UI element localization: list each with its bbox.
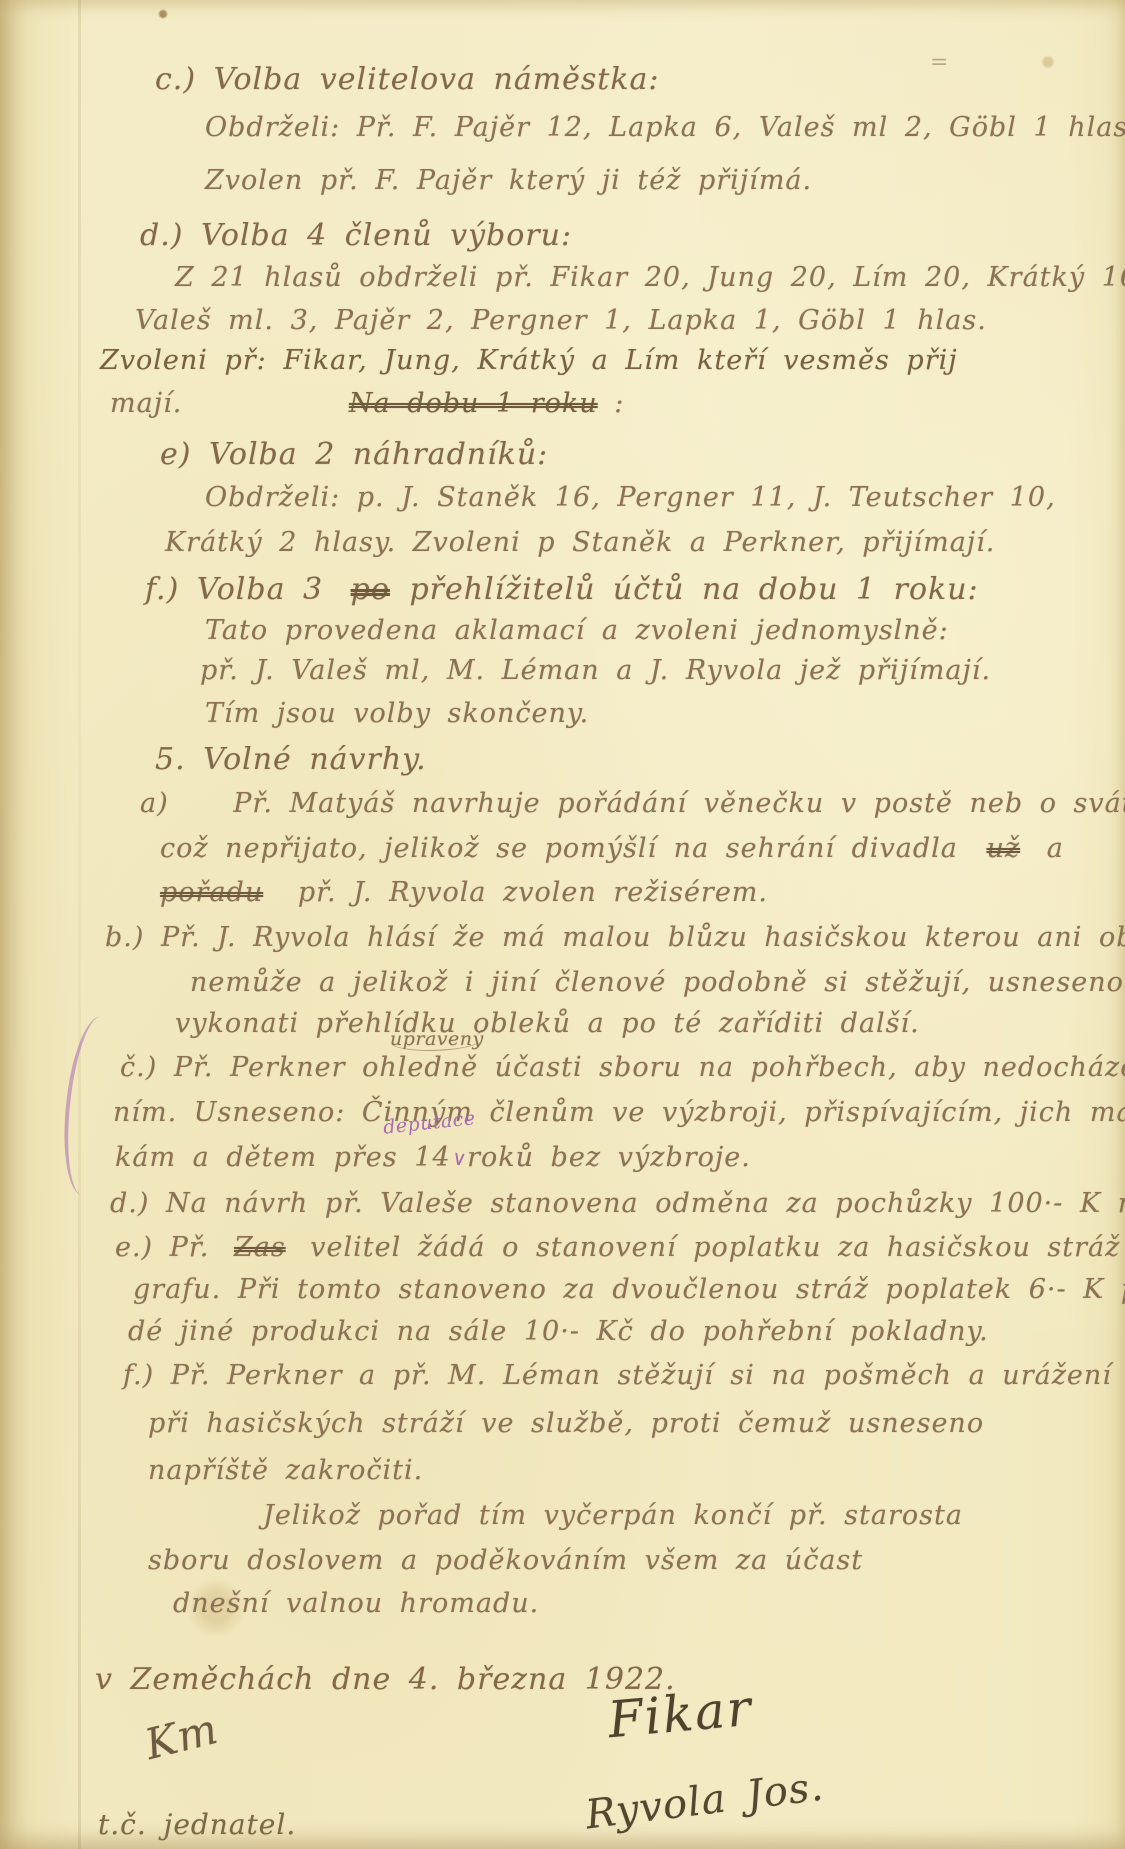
line-pri-hasicskych-strazi: při hasičských stráží ve službě, proti č…	[148, 1408, 984, 1439]
item-marker-a: a)	[140, 788, 169, 819]
line-volba-velitelova-namestka: c.) Volba velitelova náměstka:	[155, 62, 660, 97]
struck-po: po	[351, 572, 390, 607]
line-fragment: př. J. Ryvola zvolen režisérem.	[298, 877, 768, 908]
struck-word: už	[986, 833, 1020, 864]
insertion-upraveny: upravený	[390, 1028, 484, 1051]
line-kam-a-detem: kám a dětem přes 14 roků bez výzbroje.	[115, 1142, 751, 1173]
line-fragment: f.) Volba 3	[145, 572, 323, 607]
line-fragment: e.) Př.	[115, 1232, 209, 1263]
line-vykonati-prehlidku: vykonati přehlídku obleků a po té zařídi…	[175, 1008, 920, 1039]
line-nemuze-jelikoz: nemůže a jelikož i jiní členové podobně …	[190, 967, 1124, 998]
line-fragment: :	[614, 388, 624, 419]
line-fragment: mají.	[110, 388, 182, 419]
line-f-perkner-leman: f.) Př. Perkner a př. M. Léman stěžují s…	[123, 1360, 1112, 1391]
line-obdrzeli-pajer: Obdrželi: Př. F. Pajěr 12, Lapka 6, Vale…	[205, 112, 1125, 143]
line-z-21-hlasu: Z 21 hlasů obdrželi př. Fikar 20, Jung 2…	[175, 262, 1125, 293]
signature-left-role: t.č. jednatel.	[98, 1808, 296, 1841]
line-fragment: velitel žádá o stanovení poplatku za has…	[310, 1232, 1125, 1263]
dateline: v Zeměchách dne 4. března 1922.	[95, 1662, 676, 1697]
line-zvoleni-fikar-jung: Zvoleni př: Fikar, Jung, Krátký a Lím kt…	[100, 345, 958, 376]
struck-na-dobu-1-roku: Na dobu 1 roku	[349, 388, 598, 419]
line-vales-ml-3: Valeš ml. 3, Pajěr 2, Pergner 1, Lapka 1…	[135, 305, 987, 336]
signature-fikar: Fikar	[606, 1679, 755, 1749]
line-grafu-dvouclenou: grafu. Při tomto stanoveno za dvoučlenou…	[133, 1274, 1125, 1305]
line-fragment: Př. Matyáš navrhuje pořádání věnečku v p…	[233, 788, 1125, 819]
struck-poradu: pořadu	[160, 877, 263, 908]
line-usneseno-cinnym: ním. Usneseno: Činným členům ve výzbroji…	[113, 1097, 1125, 1128]
line-napriste-zakrociti: napříště zakročiti.	[148, 1455, 423, 1486]
line-dnesni-valnou-hromadu: dnešní valnou hromadu.	[173, 1588, 539, 1619]
line-c-perkner-pohrby: č.) Př. Perkner ohledně účasti sboru na …	[120, 1052, 1125, 1083]
line-a-matyas: a) Př. Matyáš navrhuje pořádání věnečku …	[140, 788, 1125, 819]
manuscript-page: = c.) Volba velitelova náměstka: Obdržel…	[0, 0, 1125, 1849]
line-volba-2-nahradniku: e) Volba 2 náhradníků:	[160, 437, 548, 472]
line-fragment: a	[1047, 833, 1064, 864]
struck-zas: Zas	[234, 1232, 286, 1263]
signature-left-initials: Km	[140, 1704, 223, 1769]
line-vales-leman-ryvola: př. J. Valeš ml, M. Léman a J. Ryvola je…	[200, 655, 991, 686]
line-ryvola-reziserem: pořadu př. J. Ryvola zvolen režisérem.	[160, 877, 768, 908]
margin-equals-mark: =	[930, 50, 948, 75]
line-b-ryvola-bluza: b.) Př. J. Ryvola hlásí že má malou blůz…	[105, 922, 1125, 953]
line-kratky-2-hlasy: Krátký 2 hlasy. Zvoleni p Staněk a Perkn…	[165, 527, 995, 558]
line-volba-4-clenu: d.) Volba 4 členů výboru:	[140, 218, 572, 253]
line-sboru-doslovem: sboru doslovem a poděkováním všem za úča…	[148, 1545, 863, 1576]
signature-ryvola: Ryvola Jos.	[583, 1764, 826, 1839]
line-d-odmena-pochuzky: d.) Na návrh př. Valeše stanovena odměna…	[110, 1188, 1125, 1219]
line-obdrzeli-stanek: Obdrželi: p. J. Staněk 16, Pergner 11, J…	[205, 482, 1056, 513]
line-fragment: což nepřijato, jelikož se pomýšlí na seh…	[160, 833, 958, 864]
paper-fold-crease	[78, 0, 81, 1849]
line-de-jine-produkci: dé jiné produkci na sále 10·- Kč do pohř…	[128, 1316, 989, 1347]
line-coz-neprijato: což nepřijato, jelikož se pomýšlí na seh…	[160, 833, 1064, 864]
line-volne-navrhy: 5. Volné návrhy.	[155, 742, 427, 777]
line-zvolen-pajer: Zvolen př. F. Pajěr který ji též přijímá…	[205, 165, 812, 196]
line-fragment: přehlížitelů účtů na dobu 1 roku:	[409, 572, 978, 607]
line-tato-provedena: Tato provedena aklamací a zvoleni jednom…	[205, 615, 949, 646]
line-tim-jsou-volby: Tím jsou volby skončeny.	[205, 698, 589, 729]
line-volba-3-prehlizitelu: f.) Volba 3 po přehlížitelů účtů na dobu…	[145, 572, 979, 607]
line-e-velitel-poplatek: e.) Př. Zas velitel žádá o stanovení pop…	[115, 1232, 1125, 1263]
line-maji-na-dobu: mají. Na dobu 1 roku :	[110, 388, 624, 419]
line-jelikoz-porad-vycerpan: Jelikož pořad tím vyčerpán končí př. sta…	[263, 1500, 963, 1531]
